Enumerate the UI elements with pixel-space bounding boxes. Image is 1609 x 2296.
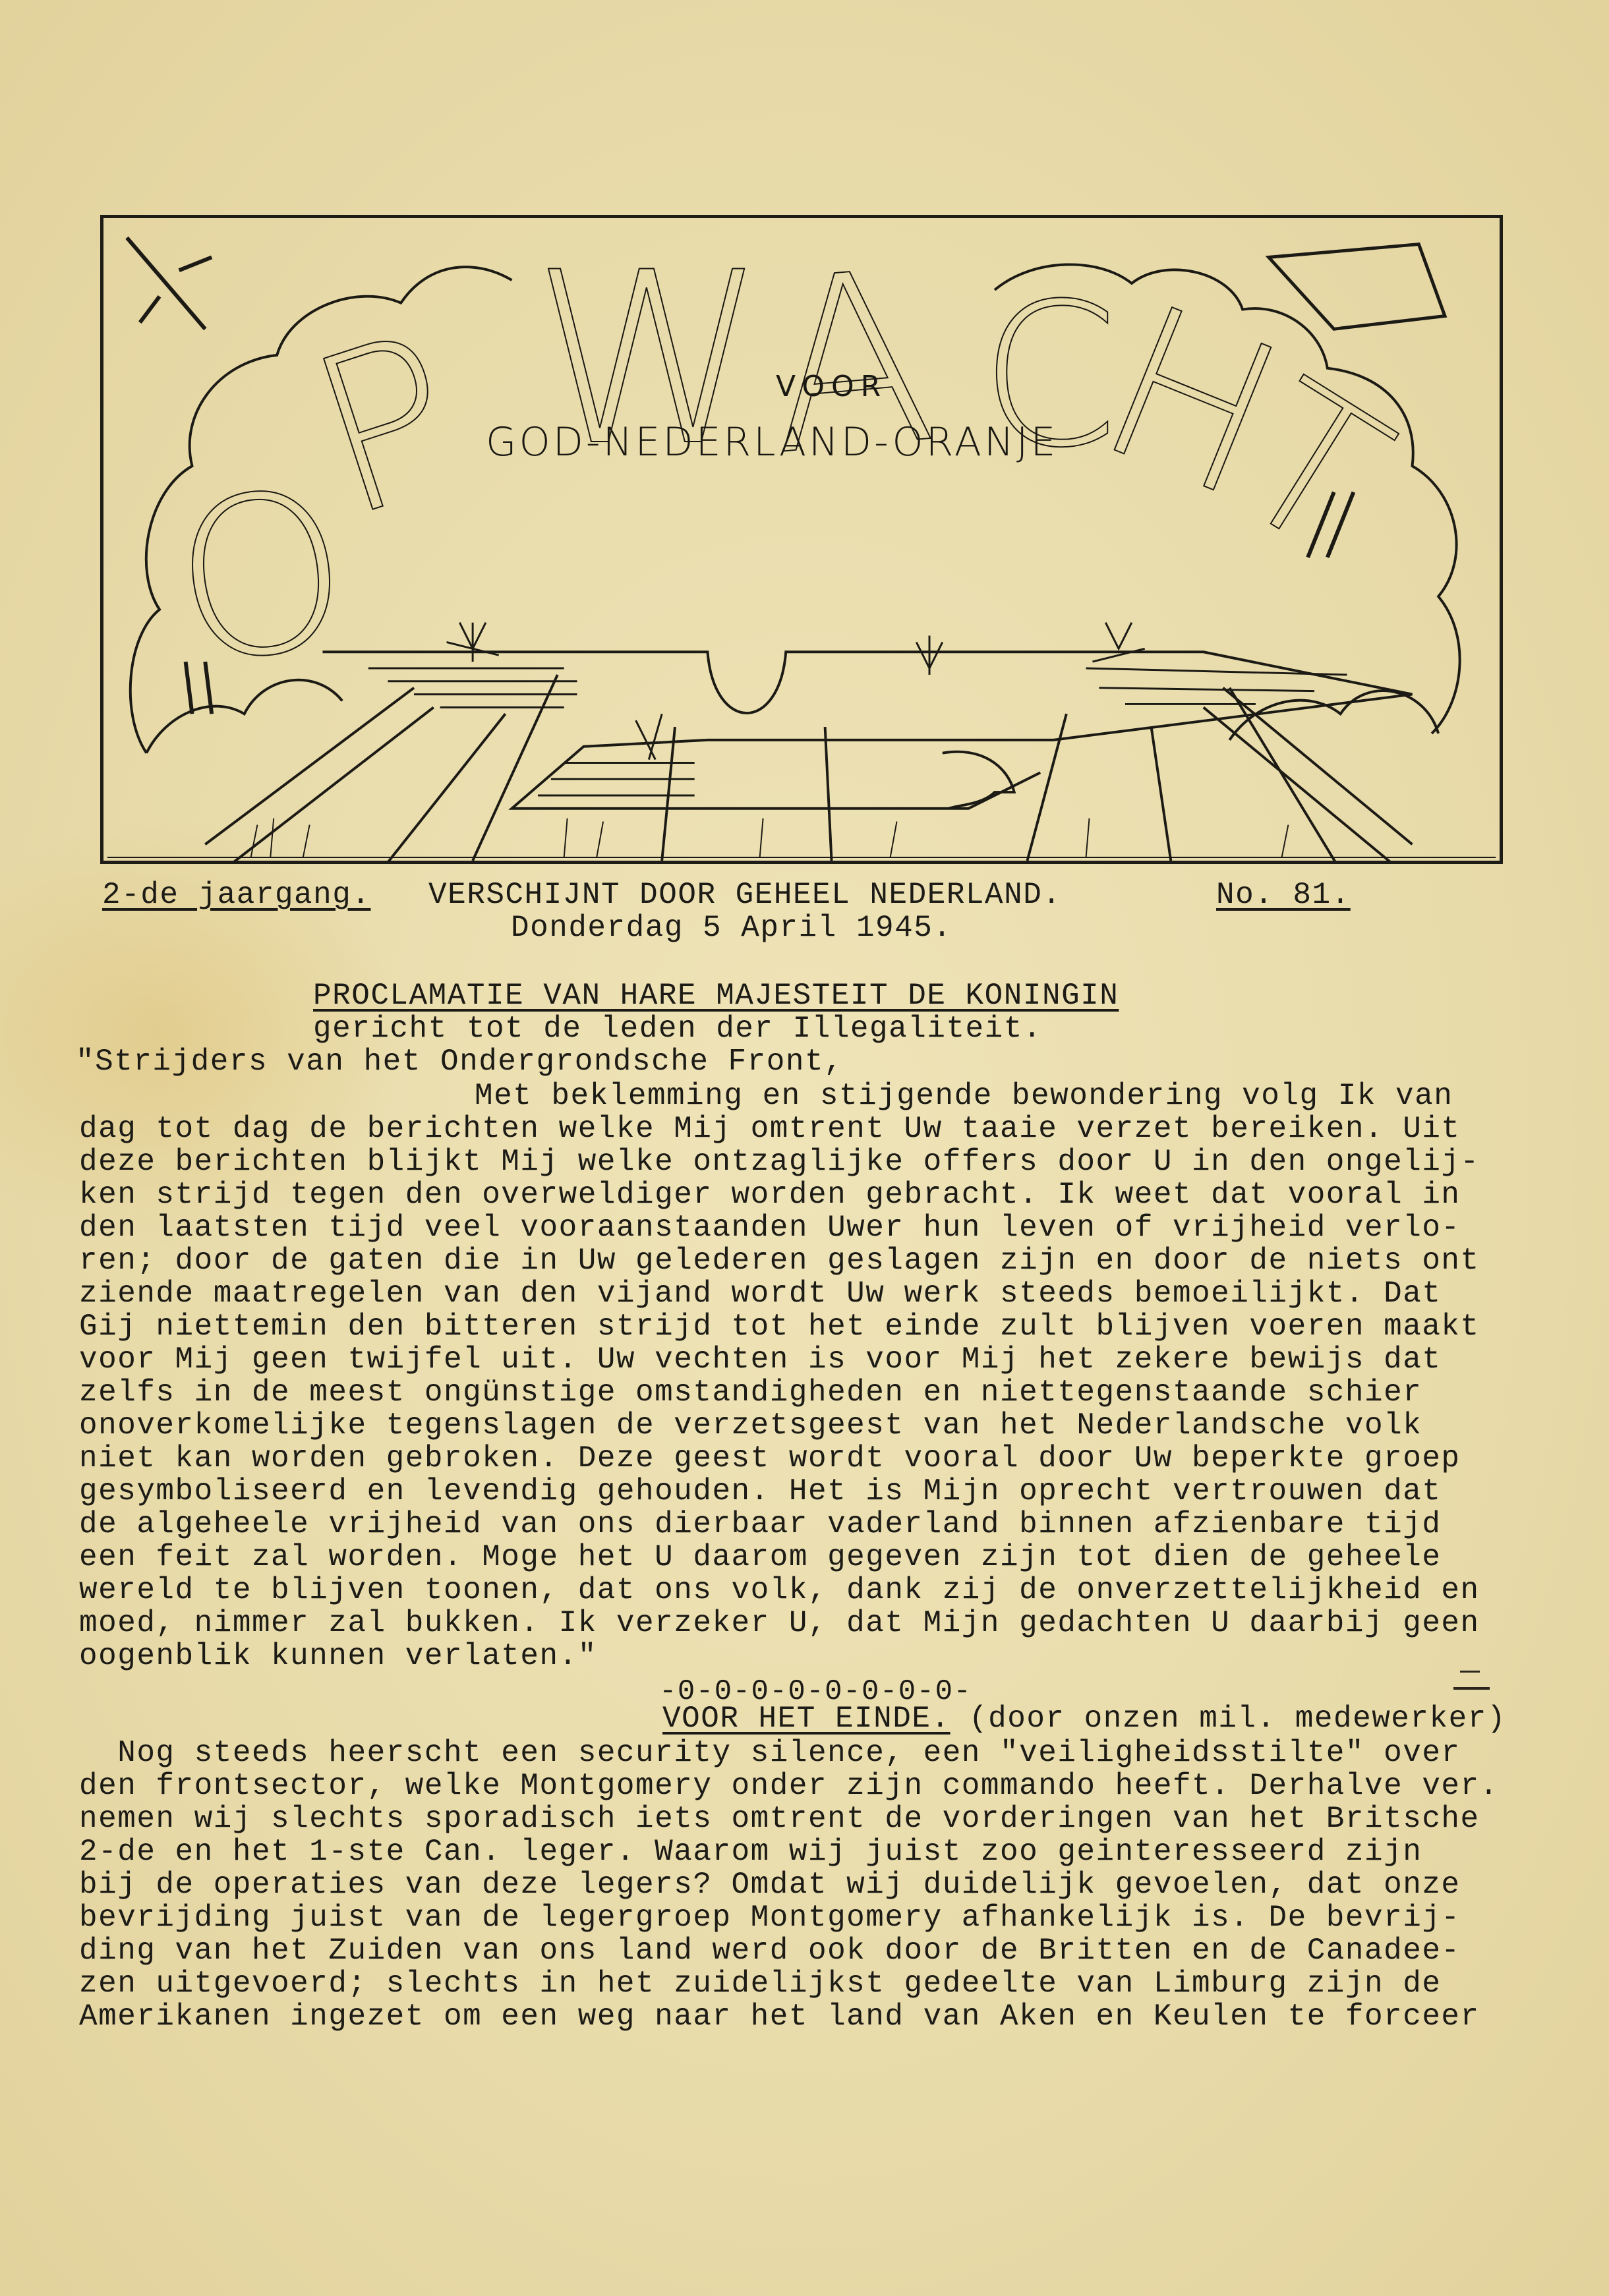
proclamation-line: ken strijd tegen den overweldiger worden…	[79, 1180, 1461, 1210]
proclamation-line: moed, nimmer zal bukken. Ik verzeker U, …	[79, 1608, 1480, 1638]
proclamation-line: Met beklemming en stijgende bewondering …	[475, 1081, 1453, 1111]
proclamation-heading: PROCLAMATIE VAN HARE MAJESTEIT DE KONING…	[313, 981, 1119, 1011]
proclamation-line: voor Mij geen twijfel uit. Uw vechten is…	[79, 1344, 1441, 1375]
proclamation-line: een feit zal worden. Moge het U daarom g…	[79, 1542, 1441, 1572]
volume-label: 2-de jaargang.	[102, 880, 370, 910]
article-line: bevrijding juist van de legergroep Montg…	[79, 1903, 1461, 1933]
article-line: nemen wij slechts sporadisch iets omtren…	[79, 1804, 1480, 1834]
proclamation-line: ziende maatregelen van den vijand wordt …	[79, 1278, 1441, 1309]
proclamation-line: de algeheele vrijheid van ons dierbaar v…	[79, 1509, 1441, 1539]
proclamation-salutation: "Strijders van het Ondergrondsche Front,	[76, 1047, 843, 1077]
issue-date: Donderdag 5 April 1945.	[511, 913, 952, 943]
proclamation-line: niet kan worden gebroken. Deze geest wor…	[79, 1443, 1461, 1474]
masthead-illustration: O P W A C H T VOOR GOD-NEDERLAND-ORANJE	[100, 215, 1503, 864]
article-line: den frontsector, welke Montgomery onder …	[79, 1771, 1499, 1801]
proclamation-line: zelfs in de meest ongünstige omstandighe…	[79, 1377, 1422, 1408]
masthead-title: O P W A C H T VOOR GOD-NEDERLAND-ORANJE	[103, 218, 1500, 861]
article-heading: VOOR HET EINDE.	[662, 1704, 951, 1734]
stray-mark	[1460, 1671, 1480, 1673]
proclamation-line: ren; door de gaten die in Uw gelederen g…	[79, 1246, 1480, 1276]
distribution-label: VERSCHIJNT DOOR GEHEEL NEDERLAND.	[428, 880, 1061, 910]
issue-number: No. 81.	[1210, 880, 1377, 910]
article-line: ding van het Zuiden van ons land werd oo…	[79, 1936, 1461, 1966]
article-line: Amerikanen ingezet om een weg naar het l…	[79, 2001, 1480, 2032]
proclamation-line: deze berichten blijkt Mij welke ontzagli…	[79, 1147, 1480, 1177]
article-line: Nog steeds heerscht een security silence…	[79, 1738, 1461, 1768]
article-line: bij de operaties van deze legers? Omdat …	[79, 1870, 1461, 1900]
stray-mark	[1453, 1687, 1490, 1690]
proclamation-line: oogenblik kunnen verlaten."	[79, 1641, 597, 1671]
masthead-voor: VOOR	[776, 370, 887, 403]
title-letter-o: O	[161, 458, 361, 697]
proclamation-line: gesymboliseerd en levendig gehouden. Het…	[79, 1476, 1441, 1507]
proclamation-line: Gij niettemin den bitteren strijd tot he…	[79, 1311, 1480, 1342]
article-line: 2-de en het 1-ste Can. leger. Waarom wij…	[79, 1837, 1422, 1867]
proclamation-subheading: gericht tot de leden der Illegaliteit.	[313, 1014, 1042, 1044]
proclamation-line: wereld te blijven toonen, dat ons volk, …	[79, 1575, 1480, 1605]
proclamation-line: onoverkomelijke tegenslagen de verzetsge…	[79, 1410, 1422, 1441]
masthead-motto: GOD-NEDERLAND-ORANJE	[486, 419, 1058, 465]
article-line: zen uitgevoerd; slechts in het zuidelijk…	[79, 1968, 1441, 1999]
article-byline: (door onzen mil. medewerker)	[969, 1704, 1506, 1734]
proclamation-line: den laatsten tijd veel vooraanstaanden U…	[79, 1213, 1461, 1243]
proclamation-line: dag tot dag de berichten welke Mij omtre…	[79, 1114, 1461, 1144]
